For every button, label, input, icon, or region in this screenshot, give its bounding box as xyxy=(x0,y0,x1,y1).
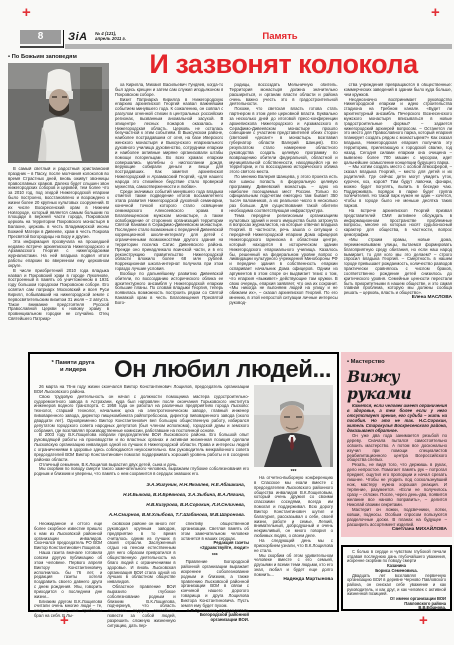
paragraph: Наша газета вначале готовила совсем друг… xyxy=(34,551,102,599)
condolence-box: С болью в сердце и чувством глубокой печ… xyxy=(341,545,452,611)
paragraph: Похоже, что светская власть готова стать… xyxy=(229,107,337,175)
portrait-photo xyxy=(254,385,333,467)
obituary-right: *** На отчетно-выборную конференцию в Сп… xyxy=(254,385,333,640)
paragraph: «Мы строим храмы, новые дома, переименов… xyxy=(344,238,452,296)
paragraph: На встрече архиепископ Георгий призвал п… xyxy=(344,209,452,238)
crop-mark-icon: + xyxy=(22,8,31,18)
article-columns: ха Кирилла, Михаил Васильевич Гундяев, к… xyxy=(115,83,452,335)
article-left-rail: • По Божьим заповедям В самый светлый и … xyxy=(8,52,109,348)
obituary-title: Он любил людей... xyxy=(112,357,333,382)
mastery-title: Вижу руками xyxy=(347,368,447,402)
article-right-area: И зазвонят колокола ха Кирилла, Михаил В… xyxy=(115,52,452,348)
article-column-1: В самый светлый и радостный христианский… xyxy=(8,167,109,353)
crop-mark-icon: + xyxy=(431,8,440,18)
article-column-2: ха Кирилла, Михаил Васильевич Гундяев, к… xyxy=(115,83,223,335)
obituary-column-c: спективу общественной организации. Светл… xyxy=(181,522,249,640)
paragraph: На отчетно-выборную конференцию в Спасск… xyxy=(254,476,333,539)
obituary-header: * Памяти друга и лидера Он любил людей..… xyxy=(34,357,333,382)
obituary-lead: 26 марта на 76-м году жизни скончался Ви… xyxy=(34,385,249,477)
paragraph: Кажется, если человек имеет ограничения … xyxy=(347,404,447,434)
header-rule-left xyxy=(20,46,63,48)
paragraph: Тема передачи религиозным организациям к… xyxy=(229,214,337,306)
paragraph: Двадцать лет возглавлял первичную органи… xyxy=(347,574,446,598)
article-author: Елена МАСЛОВА xyxy=(344,296,452,301)
paragraph: Среди значимых событий минувшего года вл… xyxy=(115,190,223,272)
paragraph: Областное правление ВОИ выразило глубоко… xyxy=(107,585,175,629)
paragraph: На следующий день мы с прискорбием узнал… xyxy=(254,539,333,554)
paragraph: А.Н.Смирнов, В.М.Хлыбова, Т.Г.Шабанова, … xyxy=(34,512,245,517)
paragraph: Свою трудовую деятельность он начал с до… xyxy=(34,395,249,434)
caption-author: Надежда Мартынова xyxy=(254,578,333,583)
condolence-from-3: В.В.Ефанова. xyxy=(347,606,446,611)
portrait-photo-art xyxy=(254,385,330,467)
article-column-3: родицы, воссоздать Мельничную обитель. Т… xyxy=(229,83,337,335)
obituary-box: * Памяти друга и лидера Он любил людей..… xyxy=(28,352,339,612)
paragraph: Мы скорбим об этом удивительном человеке… xyxy=(254,554,333,578)
issue-date: апрель 2011 г. xyxy=(95,36,126,41)
paragraph: ства учреждения превращаются в обществен… xyxy=(344,83,452,98)
header-divider xyxy=(63,30,64,48)
paragraph: Правление Богородской районной организац… xyxy=(181,560,249,608)
paragraph: ха Кирилла, Михаил Васильевич Гундяев, к… xyxy=(115,83,223,98)
paragraph: В числе приобретений 2010 года владыка н… xyxy=(8,269,109,322)
obituary-kicker-line1: * Памяти друга xyxy=(34,360,112,367)
obituary-kicker-line2: и лидера xyxy=(34,367,112,374)
obituary-column-a: Неожиданное и оттого еще более скорбное … xyxy=(34,522,102,640)
paragraph: Близким другом В.К.Лощилова считали очен… xyxy=(34,600,102,619)
paragraph: Эта информация прозвучала на прошедшей н… xyxy=(8,240,109,269)
paragraph: Н.В.Кизурова, В.И.Сорокин, Л.И.Селичева, xyxy=(34,502,245,507)
paragraph: Вообще по дальнейшему развитию Дивеевско… xyxy=(115,272,223,306)
paragraph: Неоднозначно воспринимает руководство Ни… xyxy=(344,98,452,166)
condolence-text: С болью в сердце и чувством глубокой печ… xyxy=(347,550,446,611)
article-column-4: ства учреждения превращаются в обществен… xyxy=(344,83,452,335)
crop-mark-icon: + xyxy=(419,616,428,626)
issue-info: № 4 (121), апрель 2011 г. xyxy=(95,31,126,42)
mastery-lead: Кажется, если человек имеет ограничения … xyxy=(347,404,447,434)
paragraph: В 2003 году В.К.Лощилова избрали председ… xyxy=(34,433,249,462)
obituary-kicker: * Памяти друга и лидера xyxy=(34,357,112,373)
obituary-main: 26 марта на 76-м году жизни скончался Ви… xyxy=(34,385,333,640)
article-headline: И зазвонят колокола xyxy=(115,49,452,79)
paragraph: Мы скорбим по поводу смерти такого замеч… xyxy=(34,467,249,477)
obituary-columns: Неожиданное и оттого еще более скорбное … xyxy=(34,522,249,640)
newspaper-logo: ЗіА xyxy=(68,31,88,43)
obituary-signatures: Э.А.Жигунин, Н.Н.Яковлев, Н.Е.Абашкина,Н… xyxy=(34,482,249,518)
obituary-left: 26 марта на 76-м году жизни скончался Ви… xyxy=(34,385,249,640)
article-bells: • По Божьим заповедям В самый светлый и … xyxy=(8,52,452,348)
article-kicker: • По Божьим заповедям xyxy=(8,54,109,60)
bishop-photo-art xyxy=(8,63,109,163)
mastery-article: • Мастерство Вижу руками Кажется, если ч… xyxy=(341,352,452,537)
page-number: 8 xyxy=(20,30,61,44)
condolence-intro: С болью в сердце и чувством глубокой печ… xyxy=(347,550,446,564)
paragraph: Э.А.Жигунин, Н.Н.Яковлев, Н.Е.Абашкина, xyxy=(34,482,245,487)
paragraph: В самый светлый и радостный христианский… xyxy=(8,167,109,240)
section-title: Память xyxy=(230,31,330,42)
paragraph: – Мы хотим создать место с особой атмосф… xyxy=(344,165,452,209)
paragraph: Неожиданное и оттого еще более скорбное … xyxy=(34,522,102,551)
paragraph: Он уже два года занимается резьбой по де… xyxy=(347,434,447,464)
bishop-photo xyxy=(8,63,109,163)
photo-caption: На отчетно-выборную конференцию в Спасск… xyxy=(254,476,333,583)
paragraph: По мнению Валерия Шанцева, у этого проек… xyxy=(229,175,337,214)
mastery-body: Он уже два года занимается резьбой по де… xyxy=(347,434,447,533)
paragraph: спективу общественной организации. Светл… xyxy=(181,522,249,541)
paragraph: родицы, воссоздать Мельничную обитель. Т… xyxy=(229,83,337,107)
condolence-credit: А.В.Кравченко, председатель Богородской … xyxy=(181,609,249,624)
editorial-credit: Редакция газеты «Здравствуйте, люди!» xyxy=(181,541,249,551)
newspaper-page: + + + + 8 ЗіА № 4 (121), апрель 2011 г. … xyxy=(0,0,454,645)
paragraph: Н.И.Быкова, В.И.Брёвнова, З.А.Зыбина, В.… xyxy=(34,492,245,497)
obituary-column-b: сковском районе он много лет руководил к… xyxy=(107,522,175,640)
mastery-kicker: • Мастерство xyxy=(347,359,447,365)
mastery-author: Светлана МИХАЙЛОВА xyxy=(347,528,447,533)
paragraph: Визит Патриарха Кирилла в Нижегородскую … xyxy=(115,98,223,190)
paragraph: Мастерит он ложки, подсвечники, лотки, к… xyxy=(347,508,447,528)
paragraph: сковском районе он много лет руководил к… xyxy=(107,522,175,585)
paragraph: Резать, не видя того, что держишь в рука… xyxy=(347,463,447,508)
